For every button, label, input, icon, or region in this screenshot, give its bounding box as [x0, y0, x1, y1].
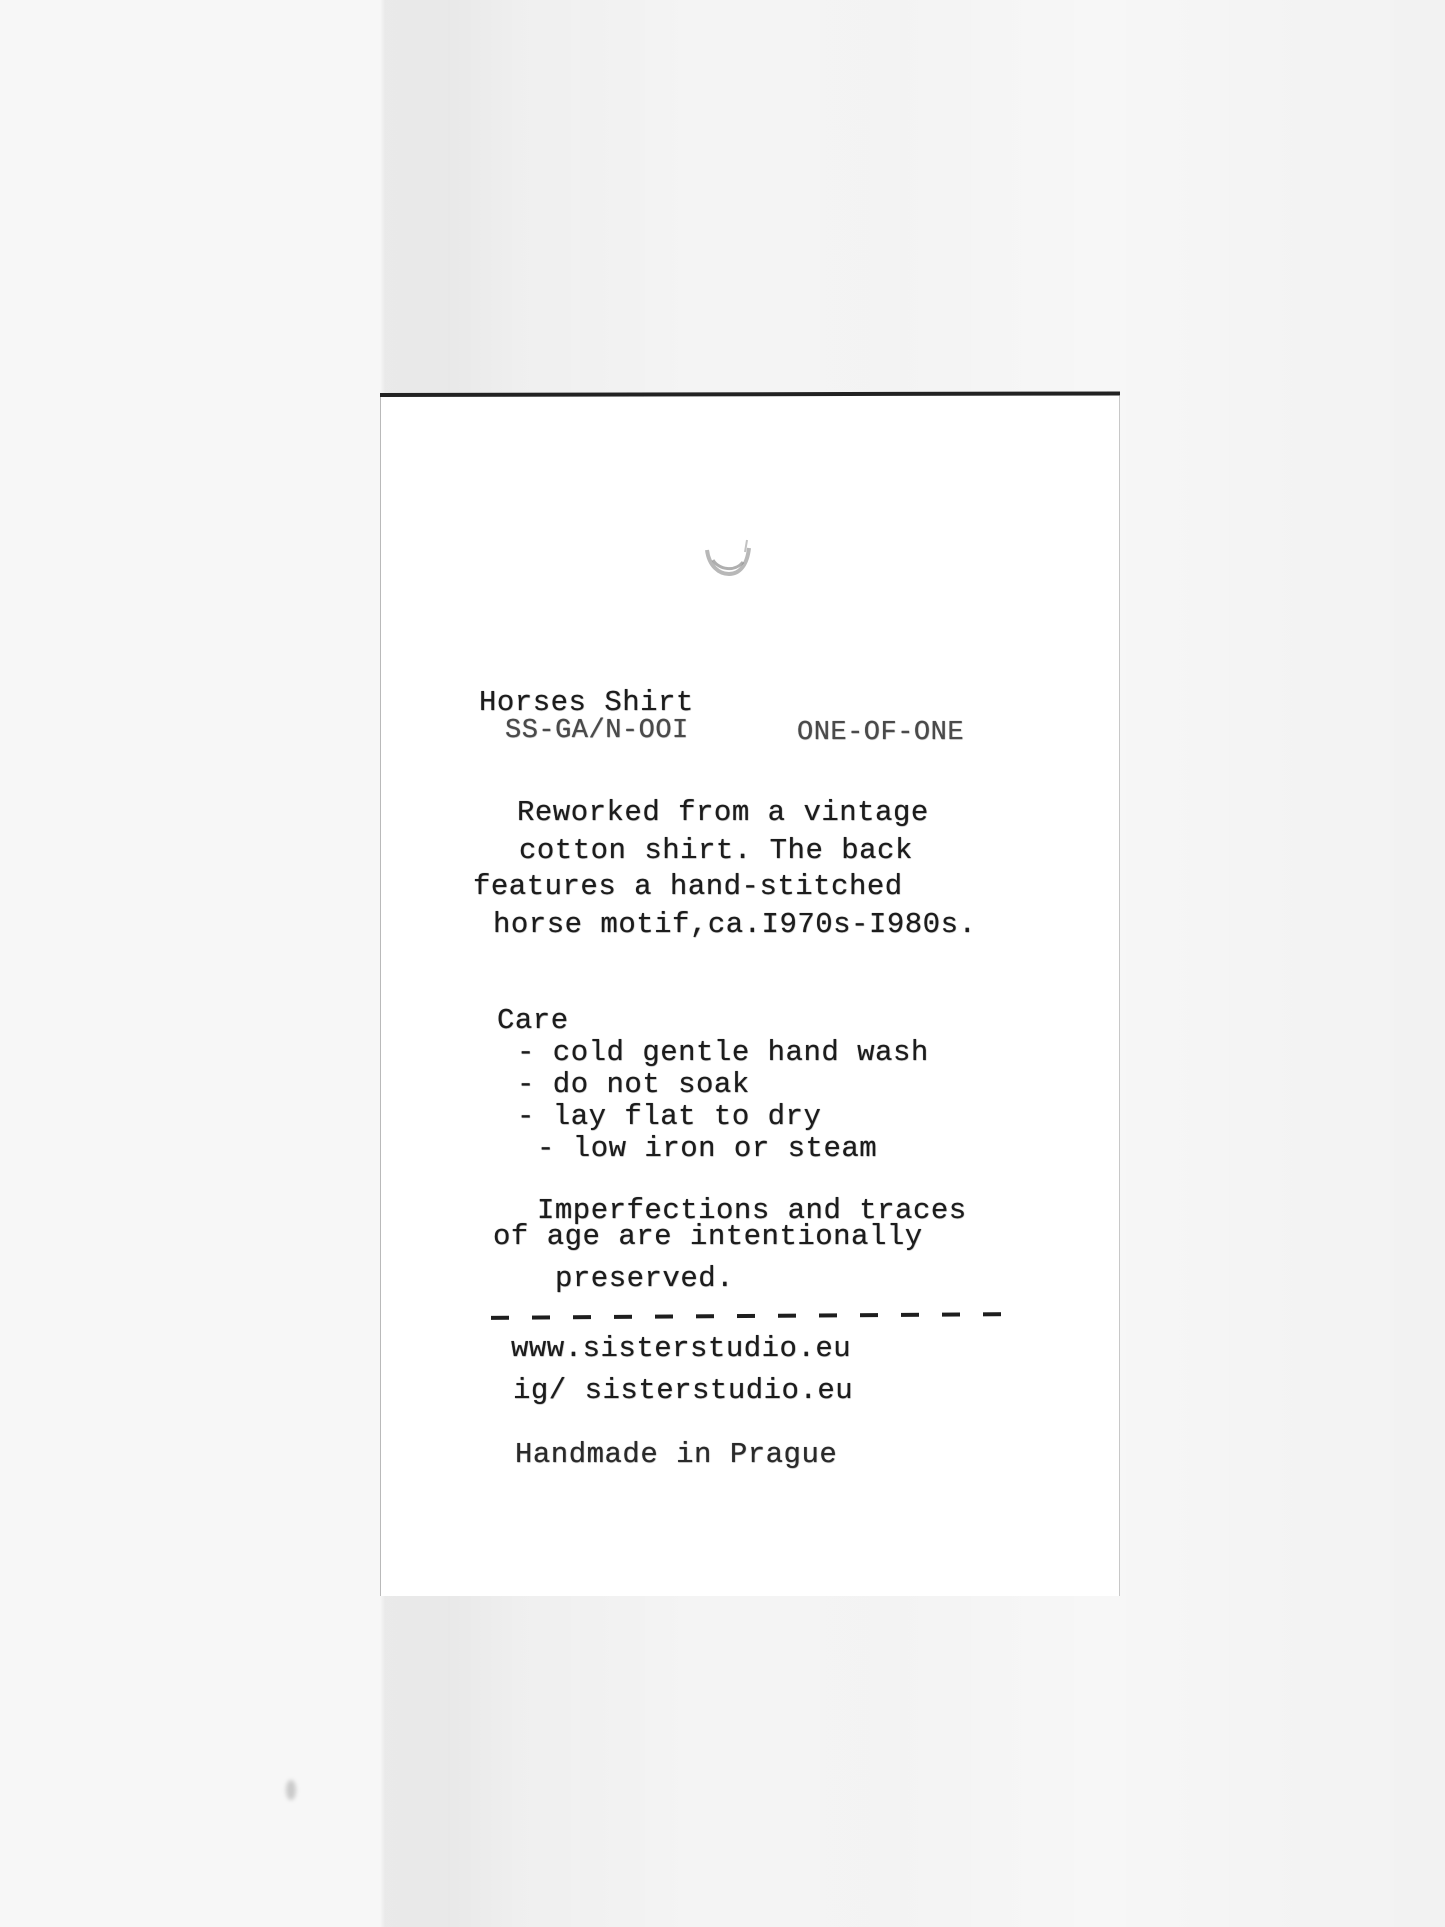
care-heading: Care [497, 1006, 569, 1035]
instagram-handle[interactable]: ig/ sisterstudio.eu [513, 1376, 853, 1405]
description-line-4: horse motif,ca.I970s-I980s. [493, 910, 976, 939]
care-item: - do not soak [517, 1070, 750, 1099]
care-item: - lay flat to dry [517, 1102, 821, 1131]
product-name: Horses Shirt [479, 688, 694, 717]
product-code: SS-GA/N-OOI [505, 718, 689, 745]
description-line-3: features a hand-stitched [473, 872, 903, 901]
description-line-2: cotton shirt. The back [519, 836, 913, 865]
punch-hole-icon [699, 530, 755, 582]
website-link[interactable]: www.sisterstudio.eu [511, 1334, 851, 1363]
note-line-3: preserved. [555, 1264, 734, 1293]
description-line-1: Reworked from a vintage [517, 798, 929, 827]
scan-smudge [286, 1780, 296, 1800]
origin-label: Handmade in Prague [515, 1440, 837, 1469]
care-item: - cold gentle hand wash [517, 1038, 929, 1067]
dashed-divider [491, 1312, 1011, 1320]
edition-label: ONE-OF-ONE [797, 720, 964, 747]
hang-tag: Horses Shirt SS-GA/N-OOI ONE-OF-ONE Rewo… [380, 396, 1120, 1596]
note-line-2: of age are intentionally [493, 1222, 923, 1251]
care-item: - low iron or steam [537, 1134, 877, 1163]
